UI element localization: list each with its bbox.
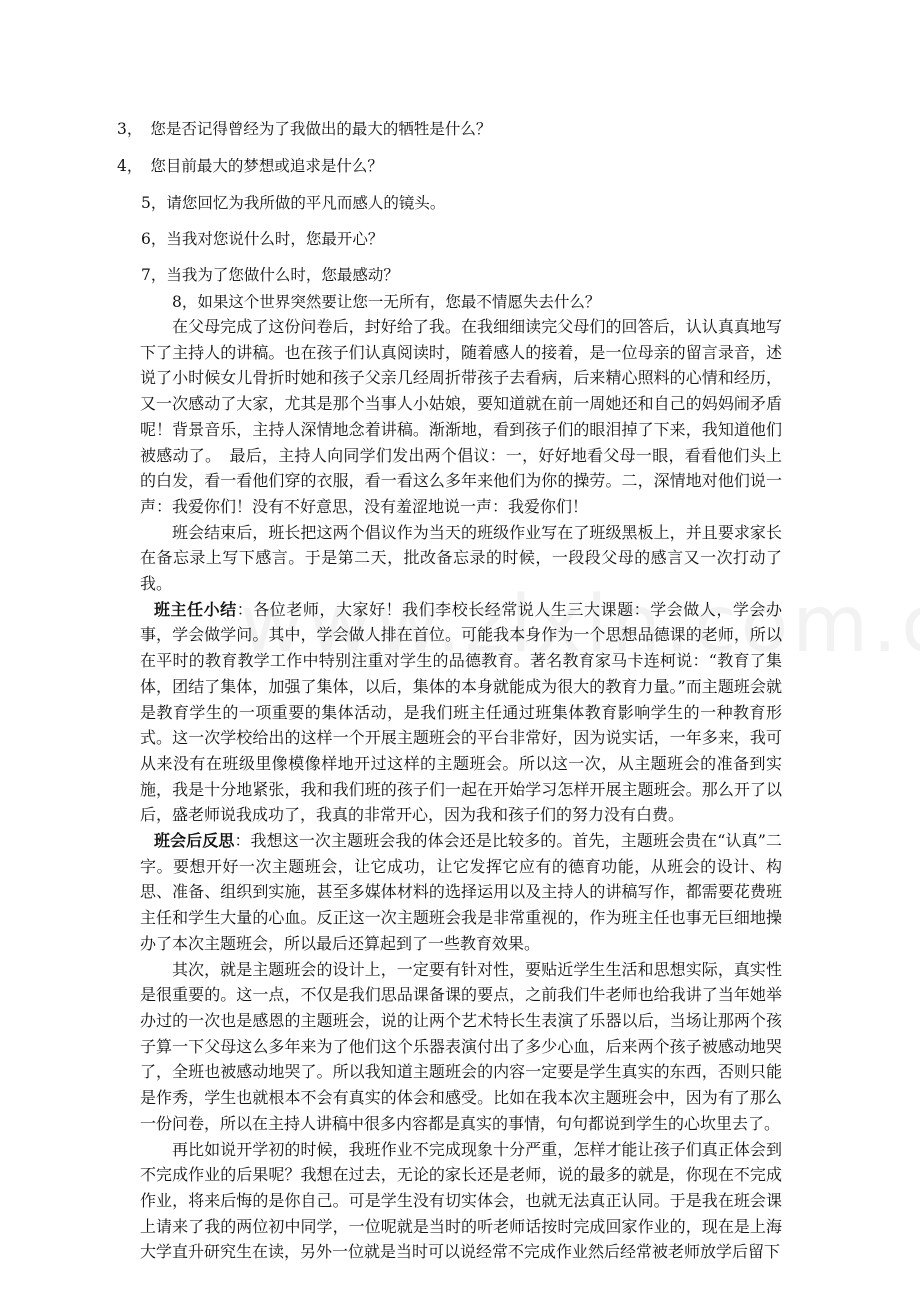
question-8: 8，如果这个世界突然要让您一无所有，您最不情愿失去什么？	[172, 292, 600, 312]
question-number: 8，	[172, 293, 197, 311]
document-page: www.zlxln.com.cn 3，您是否记得曾经为了我做出的最大的牺牲是什么…	[0, 0, 920, 1302]
question-text: 当我为了您做什么时，您最感动？	[166, 266, 399, 284]
question-4: 4，您目前最大的梦想或追求是什么？	[117, 156, 383, 176]
paragraph-reflection: 班会后反思：我想这一次主题班会我的体会还是比较多的。首先，主题班会贵在“认真”二…	[140, 828, 782, 957]
question-text: 如果这个世界突然要让您一无所有，您最不情愿失去什么？	[197, 293, 600, 311]
question-number: 7，	[141, 266, 166, 284]
question-5: 5，请您回忆为我所做的平凡而感人的镜头。	[141, 193, 445, 213]
question-number: 6，	[141, 230, 166, 248]
question-6: 6，当我对您说什么时，您最开心？	[141, 229, 383, 249]
question-text: 您是否记得曾经为了我做出的最大的牺牲是什么？	[150, 120, 491, 138]
question-7: 7，当我为了您做什么时，您最感动？	[141, 265, 399, 285]
question-number: 4，	[117, 157, 142, 175]
question-3: 3，您是否记得曾经为了我做出的最大的牺牲是什么？	[117, 119, 491, 139]
paragraph-questionnaire-result: 在父母完成了这份问卷后，封好给了我。在我细细读完父母们的回答后，认认真真地写下了…	[140, 314, 782, 520]
question-text: 您目前最大的梦想或追求是什么？	[150, 157, 383, 175]
summary-text: ：各位老师，大家好！我们李校长经常说人生三大课题：学会做人，学会办事，学会做学问…	[140, 600, 782, 825]
paragraph-teacher-summary: 班主任小结：各位老师，大家好！我们李校长经常说人生三大课题：学会做人，学会办事，…	[140, 597, 782, 828]
question-text: 当我对您说什么时，您最开心？	[166, 230, 383, 248]
question-number: 5，	[141, 194, 166, 212]
paragraph-after-meeting: 班会结束后，班长把这两个倡议作为当天的班级作业写在了班级黑板上，并且要求家长在备…	[140, 520, 782, 597]
section-label-summary: 班主任小结	[154, 600, 237, 619]
question-number: 3，	[117, 120, 142, 138]
paragraph-homework-example: 再比如说开学初的时候，我班作业不完成现象十分严重，怎样才能让孩子们真正体会到不完…	[140, 1137, 782, 1266]
question-text: 请您回忆为我所做的平凡而感人的镜头。	[166, 194, 445, 212]
body-text: 在父母完成了这份问卷后，封好给了我。在我细细读完父母们的回答后，认认真真地写下了…	[140, 314, 782, 1265]
paragraph-design-relevance: 其次，就是主题班会的设计上，一定要有针对性，要贴近学生生活和思想实际，真实性是很…	[140, 957, 782, 1137]
section-label-reflection: 班会后反思	[154, 831, 234, 850]
reflection-text: ：我想这一次主题班会我的体会还是比较多的。首先，主题班会贵在“认真”二字。要想开…	[140, 831, 782, 953]
